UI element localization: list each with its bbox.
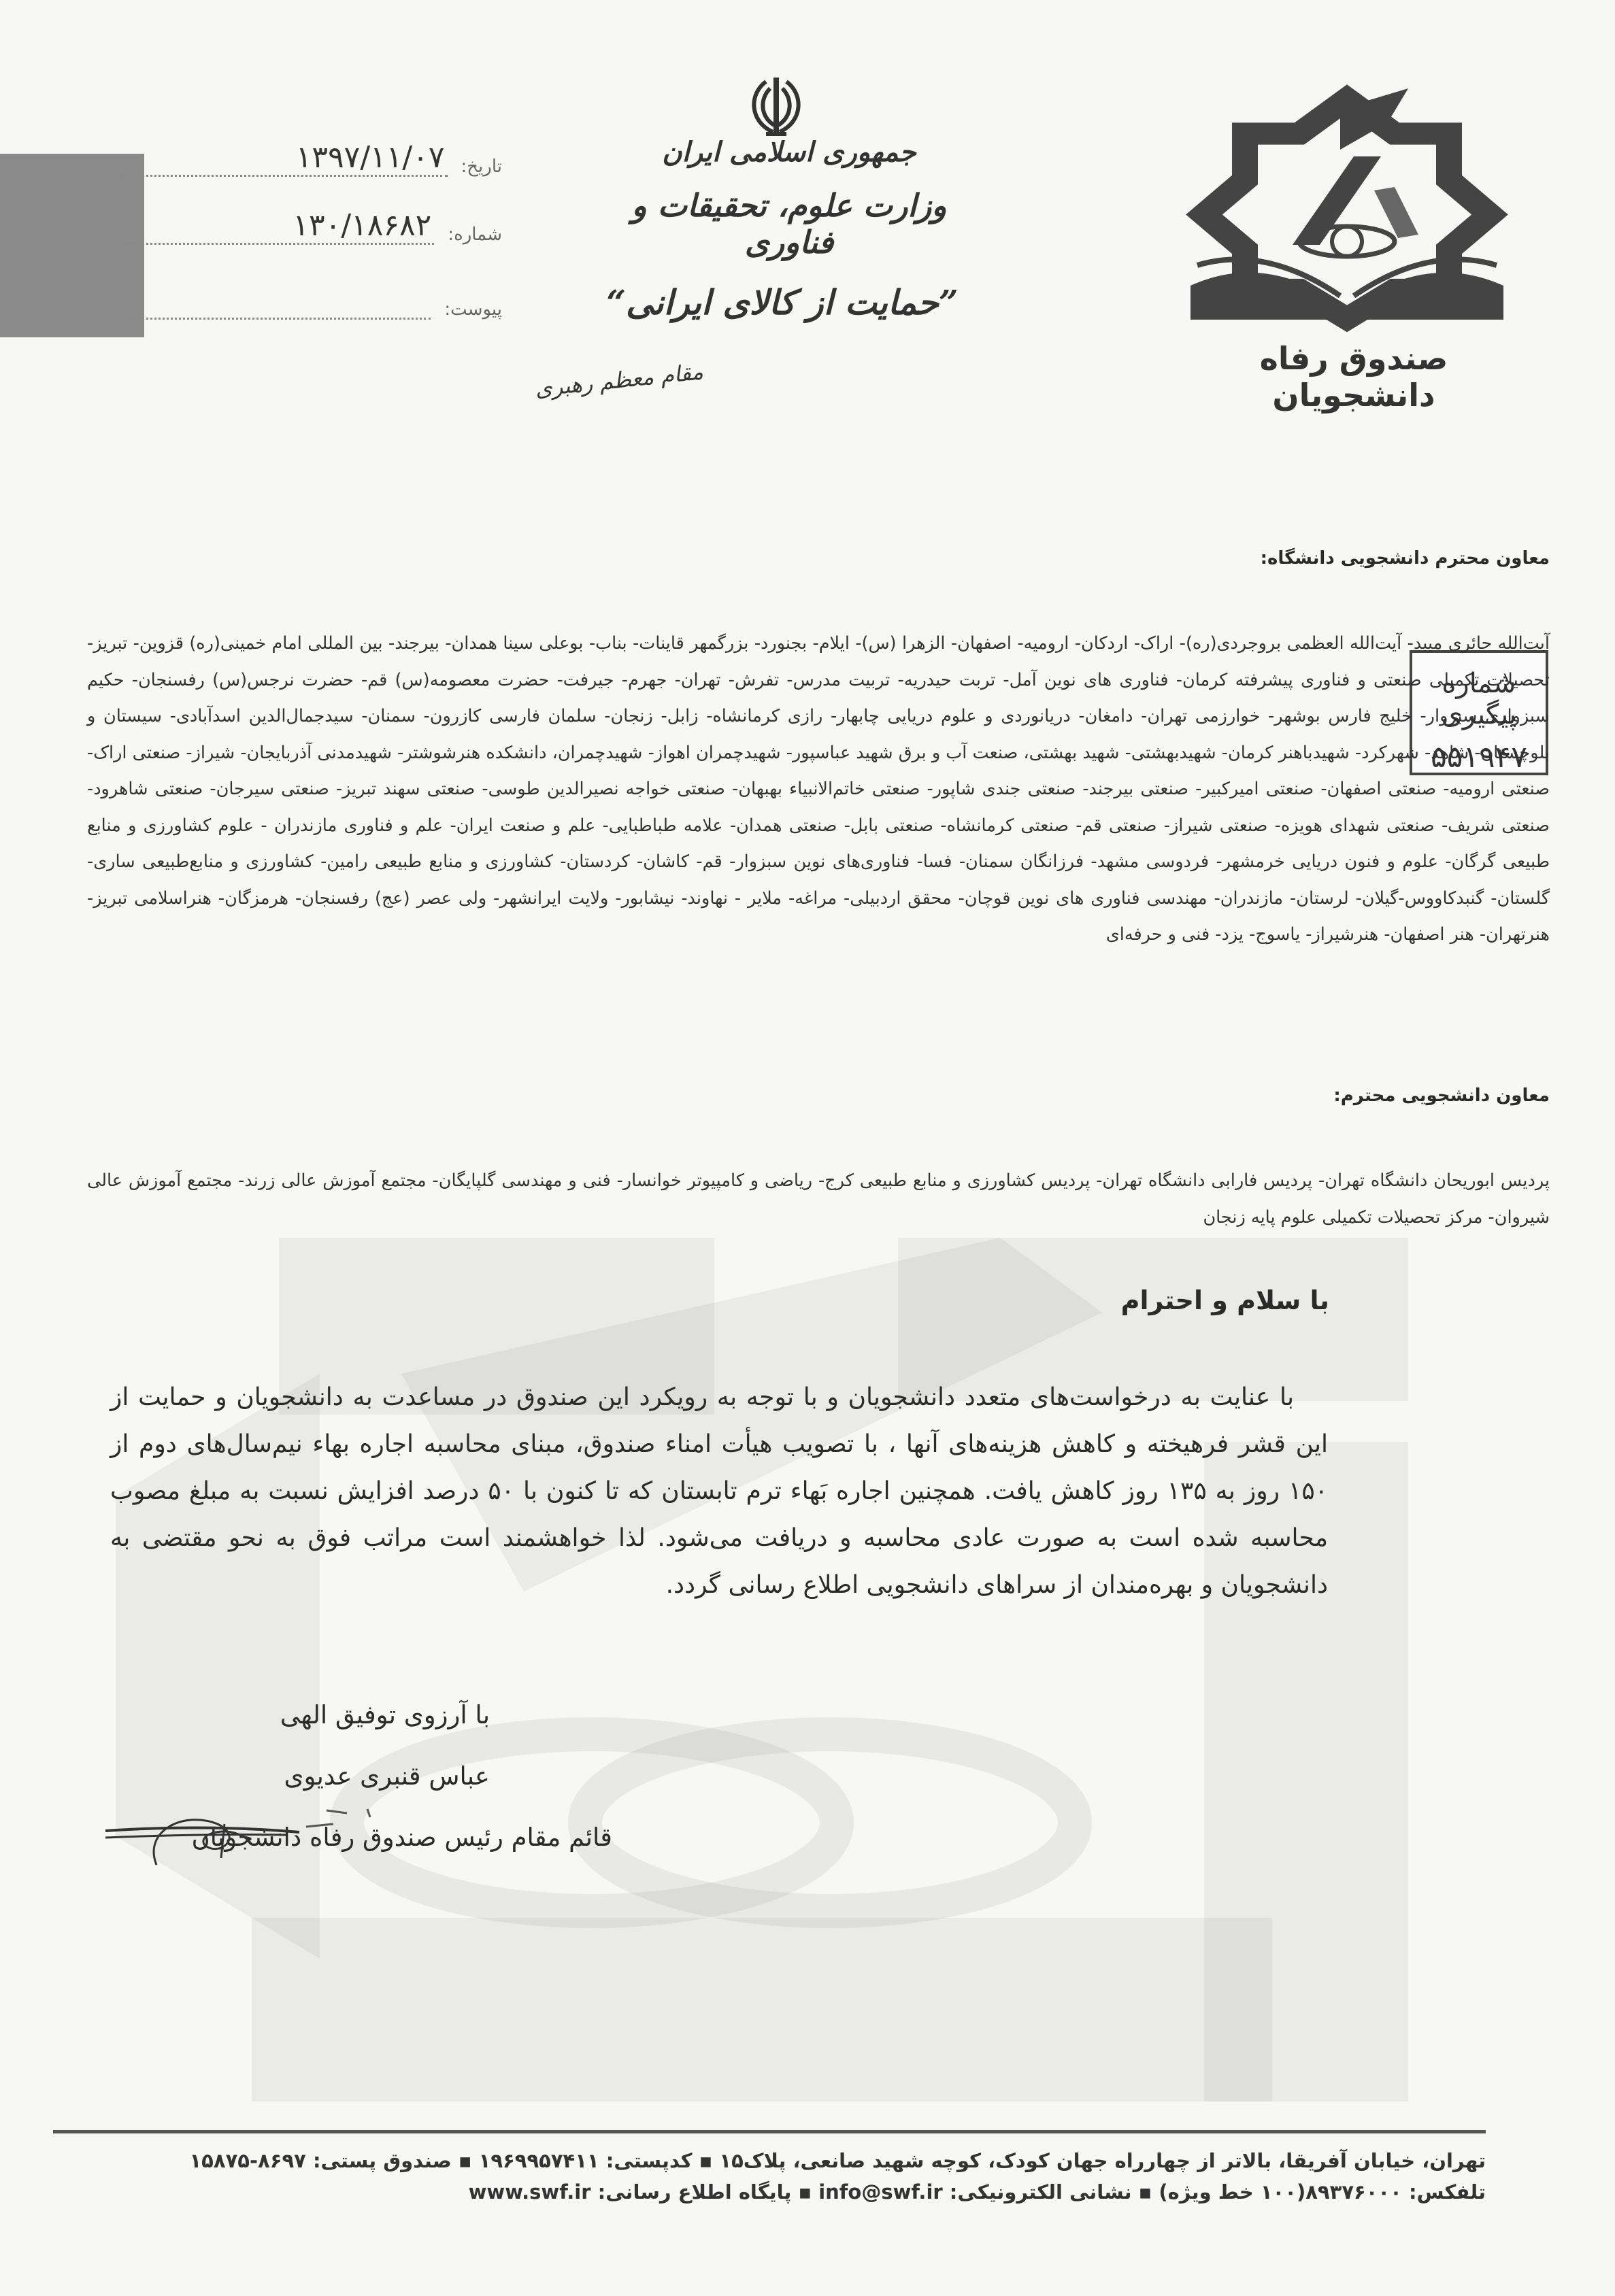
watermark-logo (116, 1238, 1408, 2101)
footer-contact: تلفکس: ۸۹۳۷۶۰۰۰(۱۰۰ خط ویژه) ▪ نشانی الک… (469, 2180, 1486, 2204)
date-label: تاریخ: (461, 156, 503, 177)
watermark-shape-icon (116, 1238, 1408, 2101)
number-field: شماره: ۱۳۰/۱۸۶۸۲ (121, 204, 502, 245)
handwritten-signature-icon (102, 1804, 374, 1878)
attachment-value (121, 288, 431, 320)
country-name: جمهوری اسلامی ایران (626, 136, 952, 168)
date-field: تاریخ: ۱۳۹۷/۱۱/۰۷ (121, 136, 502, 177)
date-value: ۱۳۹۷/۱۱/۰۷ (121, 140, 448, 177)
iran-emblem-icon (746, 73, 807, 141)
slogan-attribution: مقام معظم رهبری (516, 356, 722, 403)
recipients-list-1: آیت‌الله حائری میبد- آیت‌الله العظمی برو… (87, 626, 1550, 953)
slogan: ”حمایت از کالای ایرانی“ (585, 282, 980, 322)
greeting: با سلام و احترام (853, 1285, 1329, 1315)
attachment-field: پیوست: (121, 279, 502, 320)
number-label: شماره: (448, 224, 502, 245)
letter-body-text: با عنایت به درخواست‌های متعدد دانشجویان … (110, 1383, 1328, 1599)
attachment-label: پیوست: (444, 299, 502, 320)
ministry-name: وزارت علوم، تحقیقات و فناوری (599, 187, 980, 260)
organization-name: صندوق رفاه دانشجویان (1197, 340, 1510, 413)
recipients-heading-2: معاون دانشجویی محترم: (937, 1085, 1550, 1106)
closing-text: با آرزوی توفیق الهی (280, 1700, 490, 1729)
letter-body: با عنایت به درخواست‌های متعدد دانشجویان … (110, 1374, 1328, 1608)
closing: با آرزوی توفیق الهی (109, 1700, 490, 1729)
number-value: ۱۳۰/۱۸۶۸۲ (121, 208, 434, 245)
student-welfare-fund-logo-icon (1184, 82, 1510, 340)
recipients-list-2: پردیس ابوریحان دانشگاه تهران- پردیس فارا… (87, 1163, 1550, 1236)
signer-name: عباس قنبری عدیوی (109, 1761, 490, 1791)
recipients-heading-1: معاون محترم دانشجویی دانشگاه: (816, 548, 1550, 569)
footer-address: تهران، خیابان آفریقا، بالاتر از چهارراه … (189, 2149, 1486, 2172)
footer-divider (53, 2130, 1486, 2133)
